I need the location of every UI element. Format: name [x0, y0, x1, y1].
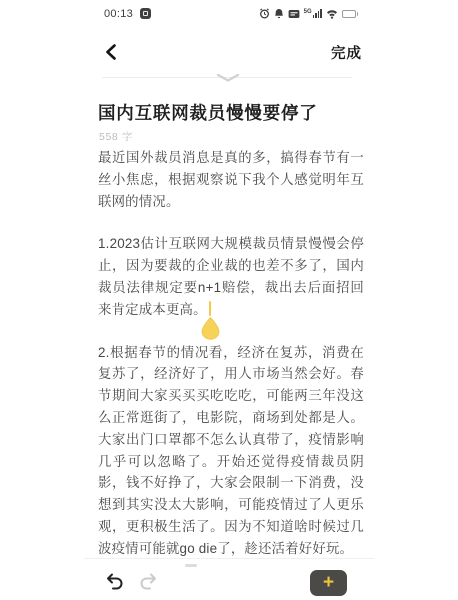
chevron-down-icon[interactable]: [216, 73, 240, 83]
signal-5g-icon: 5G: [304, 9, 322, 18]
paragraph[interactable]: 最近国外裁员消息是真的多，搞得春节有一丝小焦虑，根据观察说下我个人感觉明年互联网…: [98, 147, 364, 212]
chevron-left-icon: [104, 44, 117, 60]
note-body-editor[interactable]: 最近国外裁员消息是真的多，搞得春节有一丝小焦虑，根据观察说下我个人感觉明年互联网…: [98, 147, 364, 581]
network-type-label: 5G: [304, 9, 312, 15]
wifi-icon: [326, 9, 338, 19]
caret-bar: [209, 301, 212, 316]
undo-button[interactable]: [104, 571, 124, 595]
screen-app-icon: [140, 8, 151, 19]
word-count: 558 字: [99, 129, 133, 144]
note-title-input[interactable]: 国内互联网裁员慢慢要停了: [98, 100, 368, 125]
caret-drag-handle-icon[interactable]: [201, 317, 220, 340]
message-icon: [288, 9, 300, 19]
alarm-clock-icon: [259, 8, 270, 19]
toolbar-divider: [84, 558, 374, 559]
redo-arrow-icon: [139, 571, 159, 590]
bell-icon: [274, 8, 284, 19]
add-button[interactable]: +: [310, 570, 347, 596]
text-caret[interactable]: [207, 302, 211, 316]
toolbar-handle: [185, 564, 197, 567]
status-bar: 00:13 5G: [104, 6, 358, 21]
nav-bar: 完成: [104, 41, 362, 63]
battery-icon: [342, 10, 358, 18]
undo-arrow-icon: [104, 571, 124, 590]
editor-screen: 00:13 5G: [0, 0, 458, 600]
done-button[interactable]: 完成: [331, 42, 362, 63]
paragraph[interactable]: 1.2023估计互联网大规模裁员情景慢慢会停止，因为要裁的企业裁的也差不多了，国…: [98, 233, 364, 320]
clock-time: 00:13: [104, 8, 133, 20]
redo-button[interactable]: [139, 571, 159, 595]
back-button[interactable]: [104, 43, 120, 61]
paragraph[interactable]: 2.根据春节的情况看，经济在复苏，消费在复苏了，经济好了，用人市场当然会好。春节…: [98, 342, 364, 560]
